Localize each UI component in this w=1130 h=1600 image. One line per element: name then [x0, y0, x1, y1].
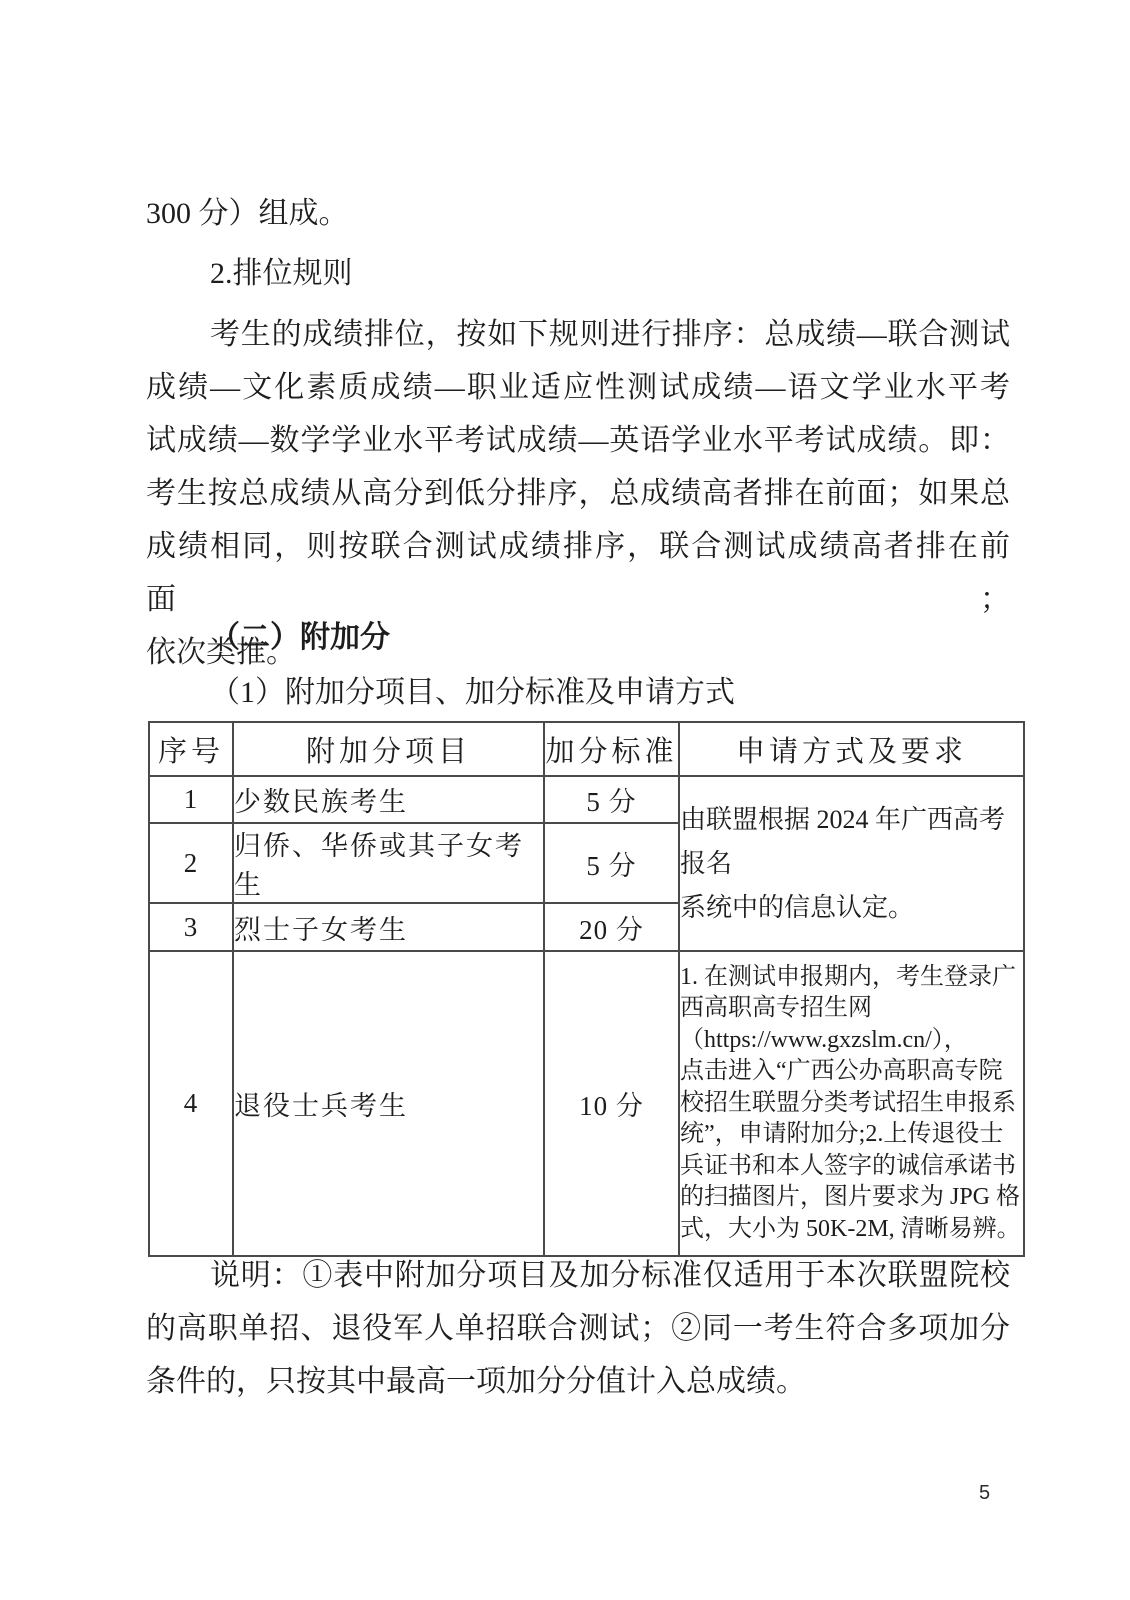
header-cell-item: 附加分项目 — [233, 722, 544, 776]
cell-item: 归侨、华侨或其子女考生 — [233, 823, 544, 903]
header-cell-no: 序号 — [149, 722, 233, 776]
cell-standard: 5 分 — [544, 776, 679, 823]
note-paragraph: 说明：①表中附加分项目及加分标准仅适用于本次联盟院校的高职单招、退役军人单招联合… — [146, 1249, 1010, 1408]
cell-item: 退役士兵考生 — [233, 951, 544, 1256]
cell-item: 烈士子女考生 — [233, 903, 544, 951]
heading-bonus-table-caption: （1）附加分项目、加分标准及申请方式 — [146, 675, 735, 711]
heading-bonus-points: （二）附加分 — [146, 620, 390, 656]
bonus-points-table: 序号 附加分项目 加分标准 申请方式及要求 1 少数民族考生 5 分 由联盟根据… — [148, 721, 1025, 1257]
cell-standard: 20 分 — [544, 903, 679, 951]
cell-standard: 5 分 — [544, 823, 679, 903]
cell-standard: 10 分 — [544, 951, 679, 1256]
table-header-row: 序号 附加分项目 加分标准 申请方式及要求 — [149, 722, 1024, 776]
heading-bonus-points-text: （二）附加分 — [146, 621, 390, 654]
page-number: 5 — [979, 1482, 990, 1505]
table-row-minority: 1 少数民族考生 5 分 由联盟根据 2024 年广西高考报名系统中的信息认定。 — [149, 776, 1024, 823]
table-row-veteran: 4 退役士兵考生 10 分 1. 在测试申报期内，考生登录广西高职高专招生网（h… — [149, 951, 1024, 1256]
paragraph-composition: 300 分）组成。 — [146, 196, 349, 232]
heading-bonus-table-caption-text: （1）附加分项目、加分标准及申请方式 — [146, 676, 735, 709]
header-cell-application: 申请方式及要求 — [679, 722, 1024, 776]
heading-ranking-rule: 2.排位规则 — [146, 256, 353, 292]
cell-no: 4 — [149, 951, 233, 1256]
cell-item: 少数民族考生 — [233, 776, 544, 823]
cell-no: 1 — [149, 776, 233, 823]
heading-ranking-rule-text: 2.排位规则 — [146, 257, 353, 290]
document-page: 300 分）组成。 2.排位规则 考生的成绩排位，按如下规则进行排序：总成绩—联… — [0, 0, 1130, 1600]
cell-application-merged: 由联盟根据 2024 年广西高考报名系统中的信息认定。 — [679, 776, 1024, 951]
header-cell-standard: 加分标准 — [544, 722, 679, 776]
cell-application-veteran: 1. 在测试申报期内，考生登录广西高职高专招生网（https://www.gxz… — [679, 951, 1024, 1256]
cell-no: 3 — [149, 903, 233, 951]
cell-no: 2 — [149, 823, 233, 903]
